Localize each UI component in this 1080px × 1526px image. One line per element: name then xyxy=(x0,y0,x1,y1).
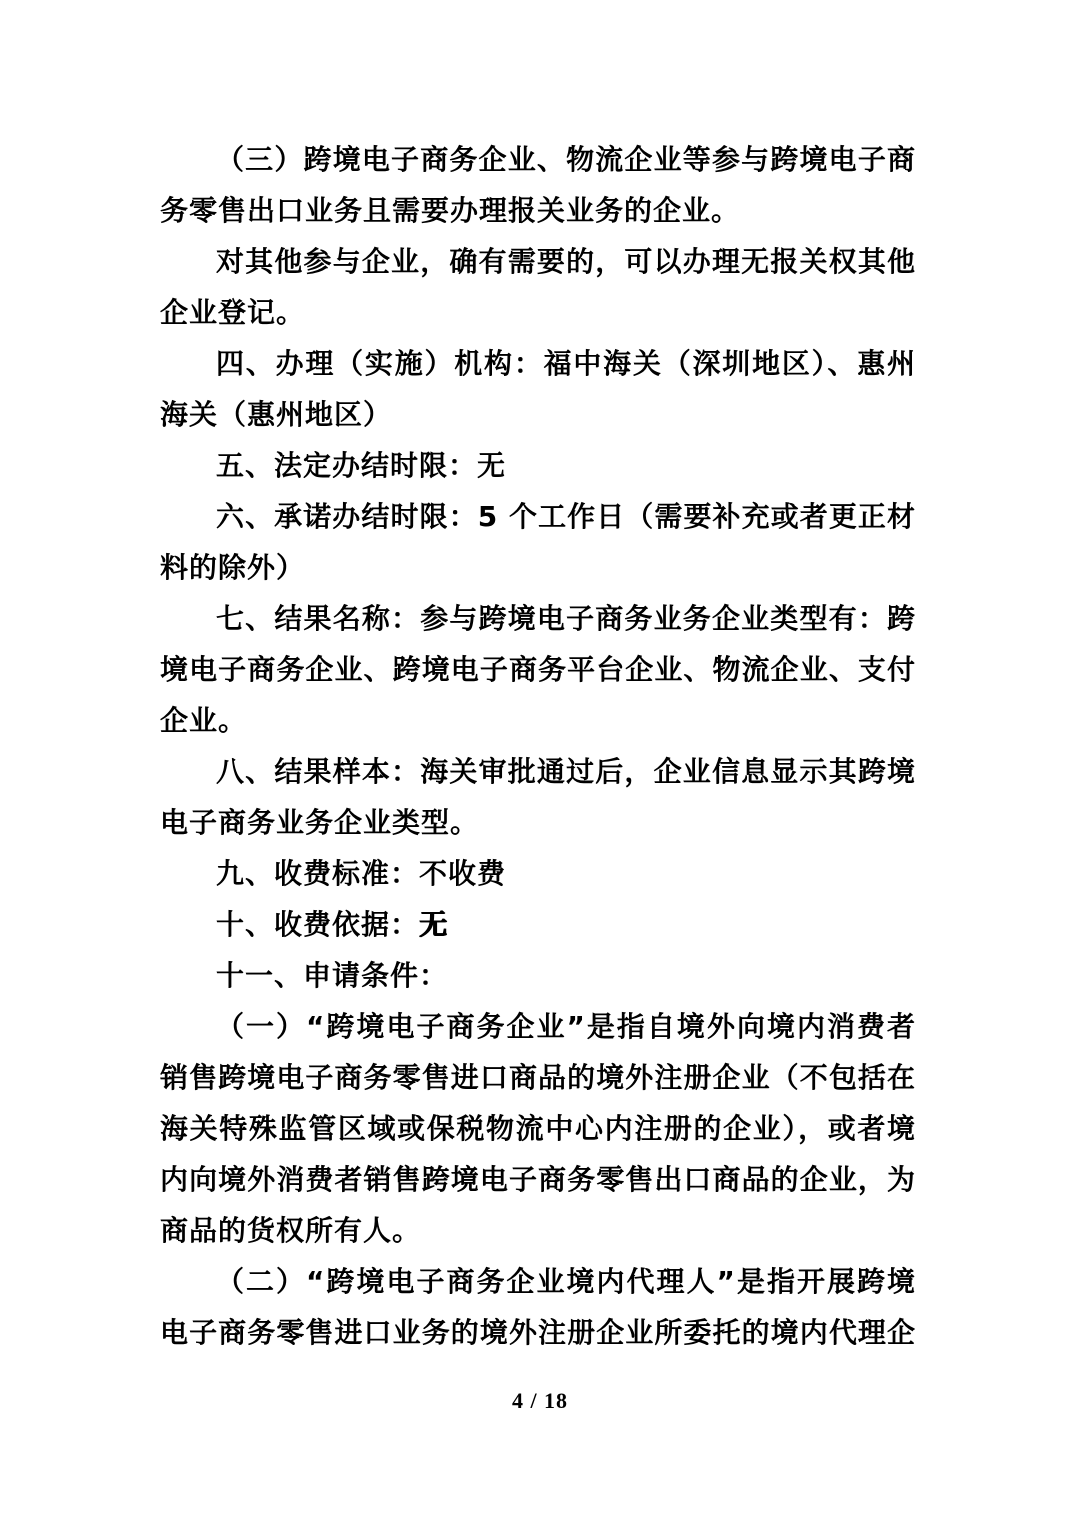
paragraph-5-statutory-time-limit: 五、法定办结时限：无 xyxy=(160,440,916,491)
paragraph-8-result-sample: 八、结果样本：海关审批通过后，企业信息显示其跨境电子商务业务企业类型。 xyxy=(160,746,916,848)
page-number: 4 / 18 xyxy=(0,1388,1080,1414)
paragraph-6-promised-time-limit: 六、承诺办结时限：5 个工作日（需要补充或者更正材料的除外） xyxy=(160,491,916,593)
paragraph-4-handling-agency: 四、办理（实施）机构：福中海关（深圳地区）、惠州海关（惠州地区） xyxy=(160,338,916,440)
document-body: （三）跨境电子商务企业、物流企业等参与跨境电子商务零售出口业务且需要办理报关业务… xyxy=(160,134,916,1358)
fee-basis-bold-value: 无 xyxy=(419,908,448,941)
paragraph-9-fee-standard: 九、收费标准：不收费 xyxy=(160,848,916,899)
document-page: （三）跨境电子商务企业、物流企业等参与跨境电子商务零售出口业务且需要办理报关业务… xyxy=(0,0,1080,1526)
paragraph-definition-cbec-enterprise: （一）“跨境电子商务企业”是指自境外向境内消费者销售跨境电子商务零售进口商品的境… xyxy=(160,1001,916,1256)
paragraph-definition-domestic-agent: （二）“跨境电子商务企业境内代理人”是指开展跨境电子商务零售进口业务的境外注册企… xyxy=(160,1256,916,1358)
paragraph-other-enterprises: 对其他参与企业，确有需要的，可以办理无报关权其他企业登记。 xyxy=(160,236,916,338)
paragraph-7-result-name: 七、结果名称：参与跨境电子商务业务企业类型有：跨境电子商务企业、跨境电子商务平台… xyxy=(160,593,916,746)
paragraph-10-fee-basis: 十、收费依据：无 xyxy=(160,899,916,950)
fee-basis-label: 十、收费依据： xyxy=(216,908,419,941)
paragraph-11-application-conditions: 十一、申请条件： xyxy=(160,950,916,1001)
paragraph-item-3-scope: （三）跨境电子商务企业、物流企业等参与跨境电子商务零售出口业务且需要办理报关业务… xyxy=(160,134,916,236)
